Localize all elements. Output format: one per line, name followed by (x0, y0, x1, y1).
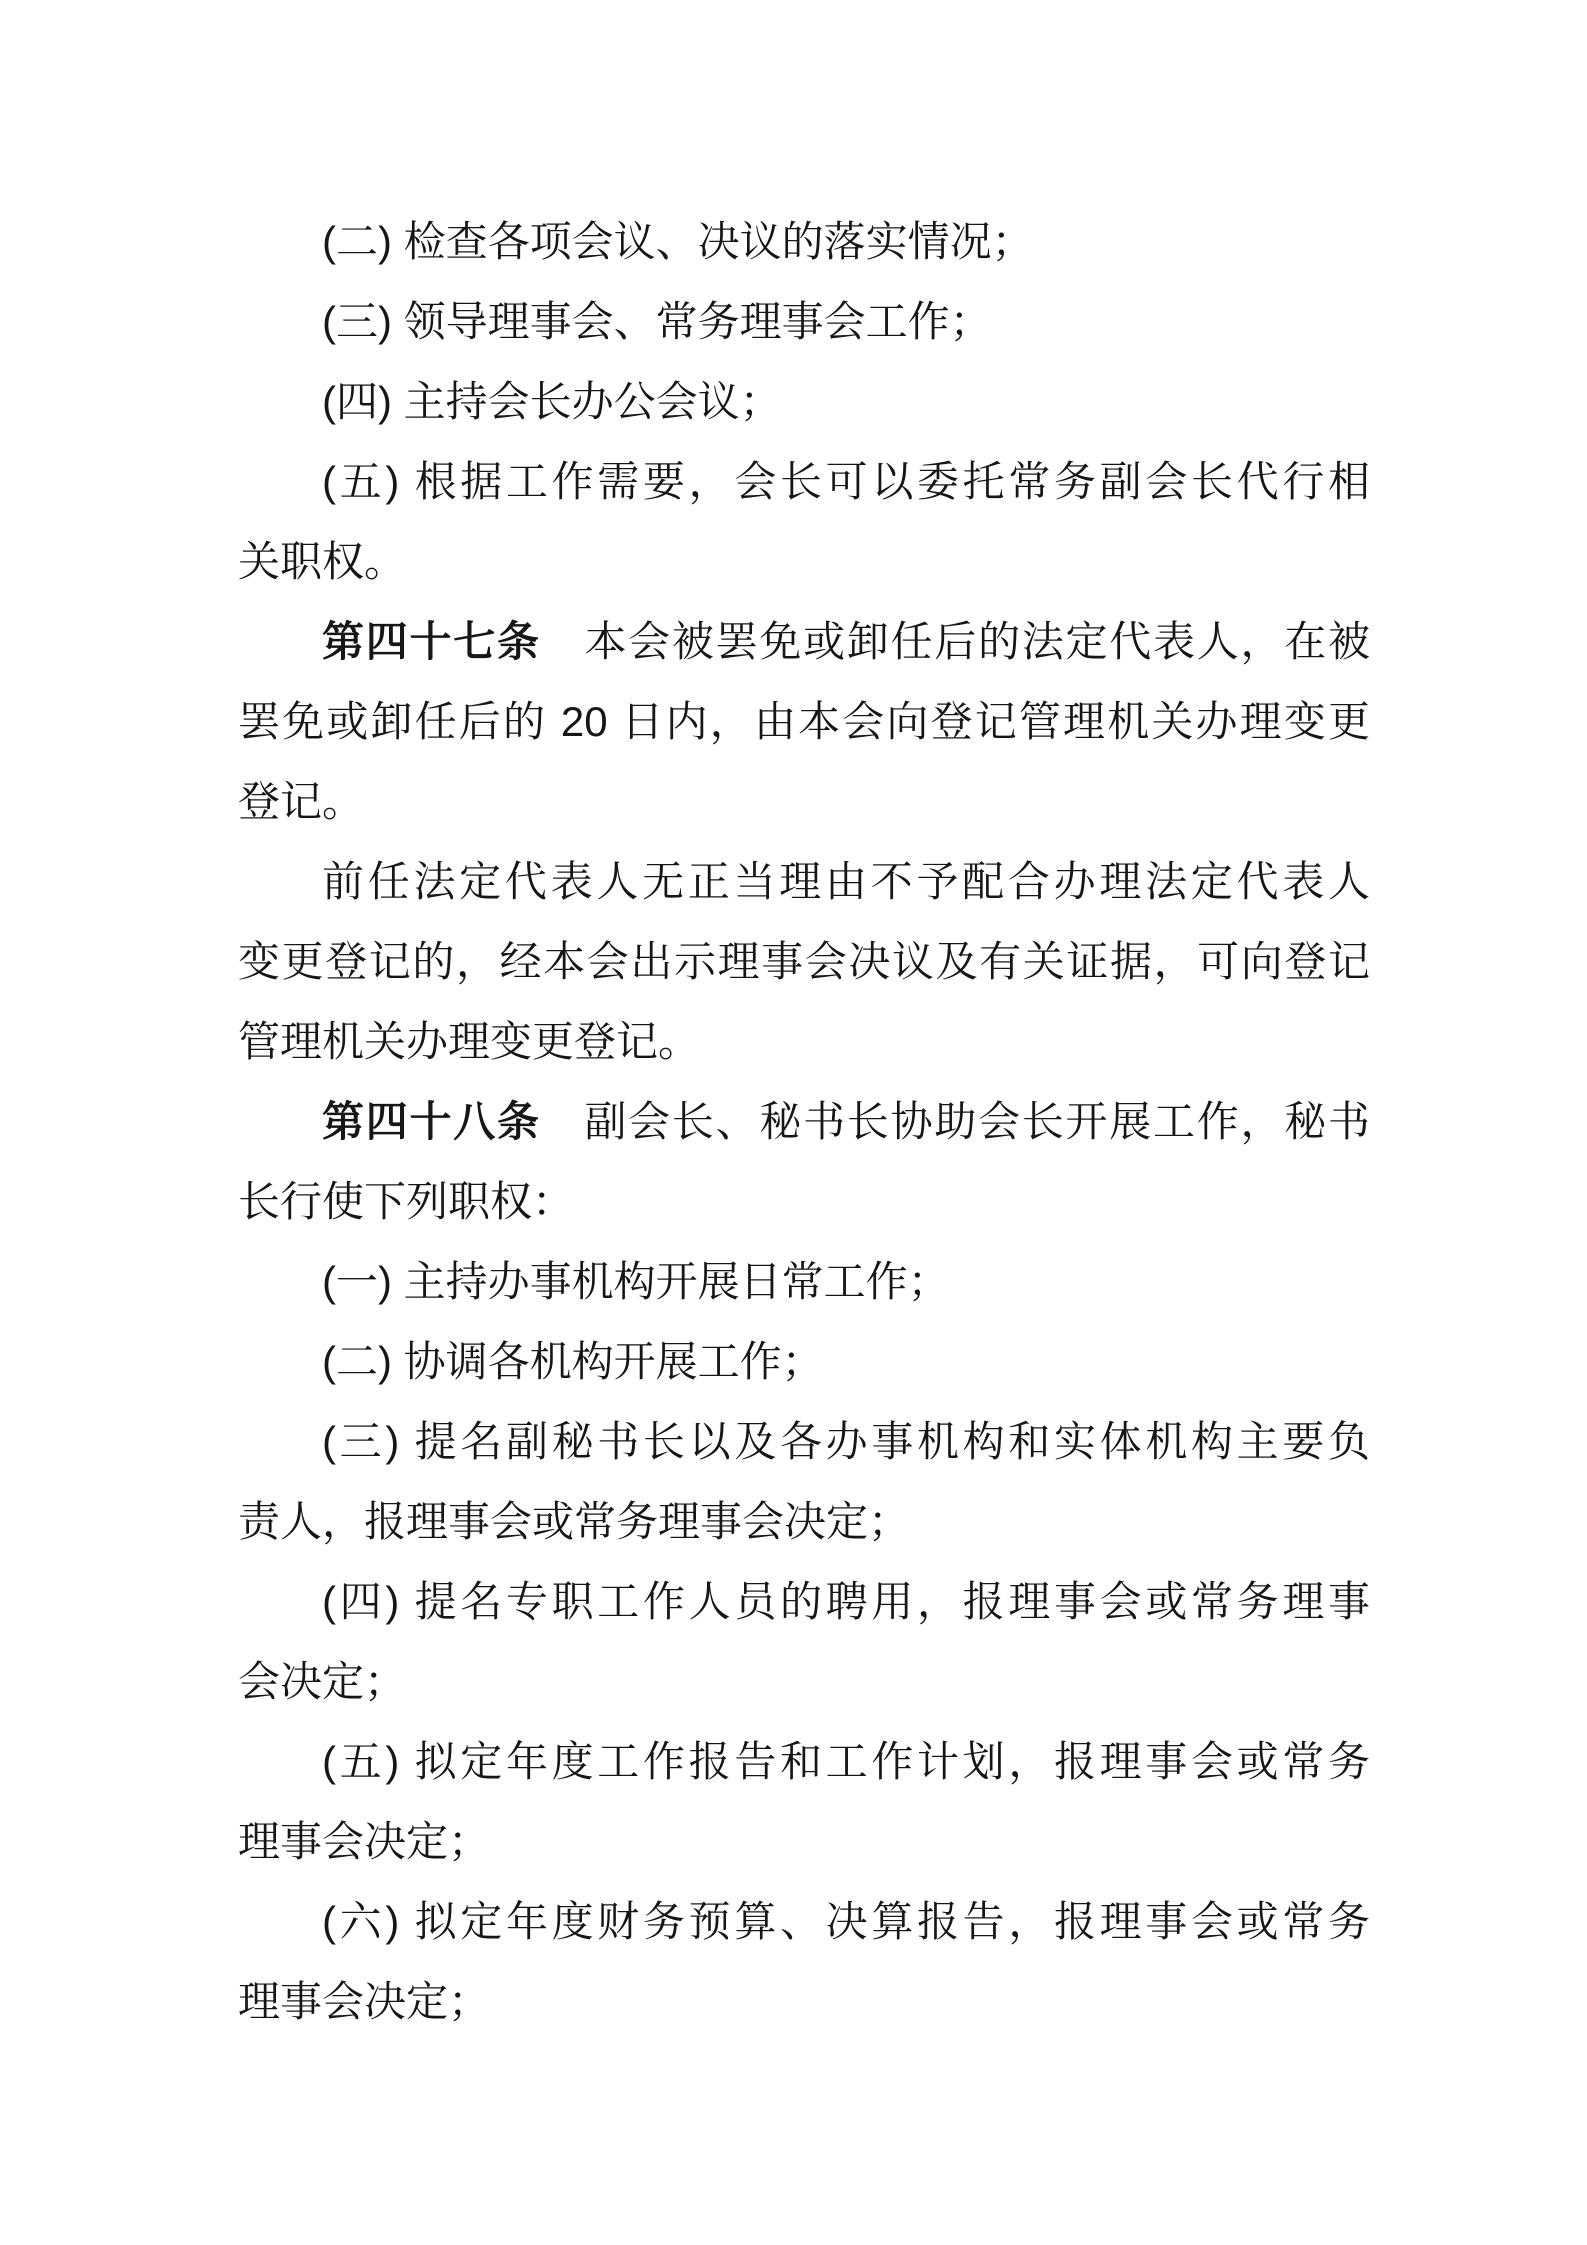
text-line: (二) 检查各项会议、决议的落实情况； (238, 202, 1370, 282)
article-47-paragraph: 第四十七条 本会被罢免或卸任后的法定代表人，在被 罢免或卸任后的 20 日内，由… (238, 602, 1370, 842)
text-line: 第四十八条 副会长、秘书长协助会长开展工作，秘书 (238, 1082, 1370, 1162)
document-page: (二) 检查各项会议、决议的落实情况； (三) 领导理事会、常务理事会工作； (… (0, 0, 1587, 2245)
text-line: 长行使下列职权： (238, 1162, 1370, 1242)
text-line: (一) 主持办事机构开展日常工作； (238, 1242, 1370, 1322)
text-line: 理事会决定； (238, 1802, 1370, 1882)
list-item-4b: (四) 提名专职工作人员的聘用，报理事会或常务理事 会决定； (238, 1562, 1370, 1722)
text-line: 变更登记的，经本会出示理事会决议及有关证据，可向登记 (238, 922, 1370, 1002)
text-line: (三) 领导理事会、常务理事会工作； (238, 282, 1370, 362)
list-item-5: (五) 根据工作需要，会长可以委托常务副会长代行相 关职权。 (238, 442, 1370, 602)
article-text: 本会被罢免或卸任后的法定代表人，在被 (541, 618, 1370, 665)
text-line: (四) 主持会长办公会议； (238, 362, 1370, 442)
list-item-3: (三) 领导理事会、常务理事会工作； (238, 282, 1370, 362)
document-body: (二) 检查各项会议、决议的落实情况； (三) 领导理事会、常务理事会工作； (… (238, 202, 1370, 2042)
text-line: (四) 提名专职工作人员的聘用，报理事会或常务理事 (238, 1562, 1370, 1642)
article-text: 副会长、秘书长协助会长开展工作，秘书 (541, 1098, 1370, 1145)
article-number: 第四十八条 (322, 1098, 541, 1145)
text-line: 管理机关办理变更登记。 (238, 1002, 1370, 1082)
text-line: (六) 拟定年度财务预算、决算报告，报理事会或常务 (238, 1882, 1370, 1962)
article-48-paragraph: 第四十八条 副会长、秘书长协助会长开展工作，秘书 长行使下列职权： (238, 1082, 1370, 1242)
list-item-4: (四) 主持会长办公会议； (238, 362, 1370, 442)
list-item-6b: (六) 拟定年度财务预算、决算报告，报理事会或常务 理事会决定； (238, 1882, 1370, 2042)
text-line: 理事会决定； (238, 1962, 1370, 2042)
text-line: 登记。 (238, 762, 1370, 842)
text-line: 第四十七条 本会被罢免或卸任后的法定代表人，在被 (238, 602, 1370, 682)
text-line: 责人，报理事会或常务理事会决定； (238, 1482, 1370, 1562)
list-item-1b: (一) 主持办事机构开展日常工作； (238, 1242, 1370, 1322)
text-line: (五) 根据工作需要，会长可以委托常务副会长代行相 (238, 442, 1370, 522)
text-line: 罢免或卸任后的 20 日内，由本会向登记管理机关办理变更 (238, 682, 1370, 762)
article-number: 第四十七条 (322, 618, 541, 665)
text-line: 前任法定代表人无正当理由不予配合办理法定代表人 (238, 842, 1370, 922)
text-line: 关职权。 (238, 522, 1370, 602)
list-item-2: (二) 检查各项会议、决议的落实情况； (238, 202, 1370, 282)
text-line: (五) 拟定年度工作报告和工作计划，报理事会或常务 (238, 1722, 1370, 1802)
list-item-3b: (三) 提名副秘书长以及各办事机构和实体机构主要负 责人，报理事会或常务理事会决… (238, 1402, 1370, 1562)
text-line: 会决定； (238, 1642, 1370, 1722)
text-line: (三) 提名副秘书长以及各办事机构和实体机构主要负 (238, 1402, 1370, 1482)
text-line: (二) 协调各机构开展工作； (238, 1322, 1370, 1402)
list-item-5b: (五) 拟定年度工作报告和工作计划，报理事会或常务 理事会决定； (238, 1722, 1370, 1882)
list-item-2b: (二) 协调各机构开展工作； (238, 1322, 1370, 1402)
article-47-paragraph-2: 前任法定代表人无正当理由不予配合办理法定代表人 变更登记的，经本会出示理事会决议… (238, 842, 1370, 1082)
